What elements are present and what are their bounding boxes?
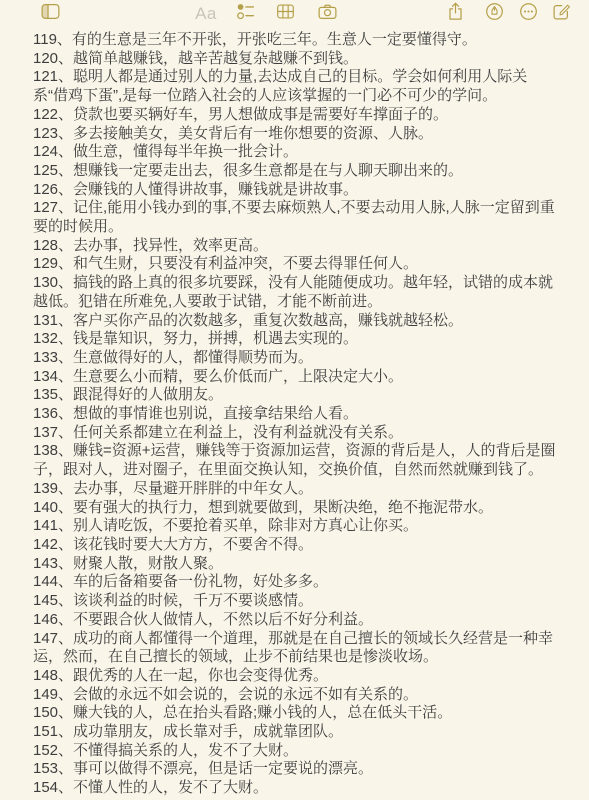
note-line: 120、越简单越赚钱，越辛苦越复杂越赚不到钱。 [33,50,559,69]
note-line: 137、任何关系都建立在利益上，没有利益就没有关系。 [33,424,559,443]
camera-icon [318,2,337,26]
note-line: 136、想做的事情谁也别说，直接拿结果给人看。 [33,405,559,424]
note-line: 128、去办事，找异性，效率更高。 [33,237,559,256]
checklist-button[interactable] [234,3,256,25]
note-line: 139、去办事，尽量避开胖胖的中年女人。 [33,480,559,499]
note-line: 122、贷款也要买辆好车，男人想做成事是需要好车撑面子的。 [33,106,559,125]
note-line: 138、赚钱=资源+运营，赚钱等于资源加运营，资源的背后是人，人的背后是圈子，跟… [33,442,559,479]
note-line: 152、不懂得搞关系的人，发不了大财。 [33,742,559,761]
text-format-button[interactable]: Aa [195,3,217,25]
note-line: 143、财聚人散，财散人聚。 [33,555,559,574]
note-line: 119、有的生意是三年不开张，开张吃三年。生意人一定要懂得守。 [33,31,559,50]
note-line: 134、生意要么小而精，要么价低而广，上限决定大小。 [33,368,559,387]
note-line: 132、钱是靠知识，努力，拼搏，机遇去实现的。 [33,330,559,349]
note-line: 146、不要跟合伙人做情人，不然以后不好分利益。 [33,611,559,630]
note-line: 127、记住,能用小钱办到的事,不要去麻烦熟人,不要去动用人脉,人脉一定留到重要… [33,199,559,236]
notes-toolbar: Aa [0,0,589,28]
note-line: 144、车的后备箱要备一份礼物，好处多多。 [33,573,559,592]
note-line: 149、会做的永远不如会说的，会说的永远不如有关系的。 [33,686,559,705]
note-line: 154、不懂人性的人，发不了大财。 [33,779,559,798]
compose-icon [552,2,571,26]
note-line: 130、搞钱的路上真的很多坑要踩，没有人能随便成功。越年轻，试错的成本就越低。犯… [33,274,559,311]
note-line: 150、赚大钱的人，总在抬头看路;赚小钱的人，总在低头干活。 [33,704,559,723]
checklist-icon [236,2,255,26]
ellipsis-icon [519,2,538,26]
note-line: 124、做生意，懂得每半年换一批会计。 [33,143,559,162]
markup-button[interactable] [483,3,505,25]
note-line: 125、想赚钱一定要走出去，很多生意都是在与人聊天聊出来的。 [33,162,559,181]
note-line: 142、该花钱时要大大方方，不要舍不得。 [33,536,559,555]
note-line: 131、客户买你产品的次数越多，重复次数越高，赚钱就越轻松。 [33,312,559,331]
sidebar-icon [41,2,60,26]
note-line: 126、会赚钱的人懂得讲故事，赚钱就是讲故事。 [33,181,559,200]
markup-icon [485,2,504,26]
note-line: 140、要有强大的执行力，想到就要做到，果断决绝，绝不拖泥带水。 [33,499,559,518]
note-line: 121、聪明人都是通过别人的力量,去达成自己的目标。学会如何利用人际关系“借鸡下… [33,68,559,105]
share-icon [446,2,465,26]
note-line: 123、多去接触美女，美女背后有一堆你想要的资源、人脉。 [33,125,559,144]
note-line: 135、跟混得好的人做朋友。 [33,386,559,405]
sidebar-toggle-button[interactable] [39,3,61,25]
note-line: 133、生意做得好的人，都懂得顺势而为。 [33,349,559,368]
note-line: 129、和气生财，只要没有利益冲突，不要去得罪任何人。 [33,255,559,274]
note-line: 153、事可以做得不漂亮，但是话一定要说的漂亮。 [33,760,559,779]
more-options-button[interactable] [517,3,539,25]
note-content[interactable]: 119、有的生意是三年不开张，开张吃三年。生意人一定要懂得守。120、越简单越赚… [0,28,589,798]
note-line: 147、成功的商人都懂得一个道理，那就是在自己擅长的领域长久经营是一种幸运，然而… [33,630,559,667]
note-line: 141、别人请吃饭，不要抢着买单，除非对方真心让你买。 [33,517,559,536]
note-line: 145、该谈利益的时候，千万不要谈感情。 [33,592,559,611]
text-format-icon: Aa [195,3,217,25]
share-button[interactable] [444,3,466,25]
note-line: 148、跟优秀的人在一起，你也会变得优秀。 [33,667,559,686]
table-icon [276,2,295,26]
note-line: 151、成功靠朋友，成长靠对手，成就靠团队。 [33,723,559,742]
compose-button[interactable] [550,3,572,25]
camera-button[interactable] [316,3,338,25]
table-button[interactable] [274,3,296,25]
